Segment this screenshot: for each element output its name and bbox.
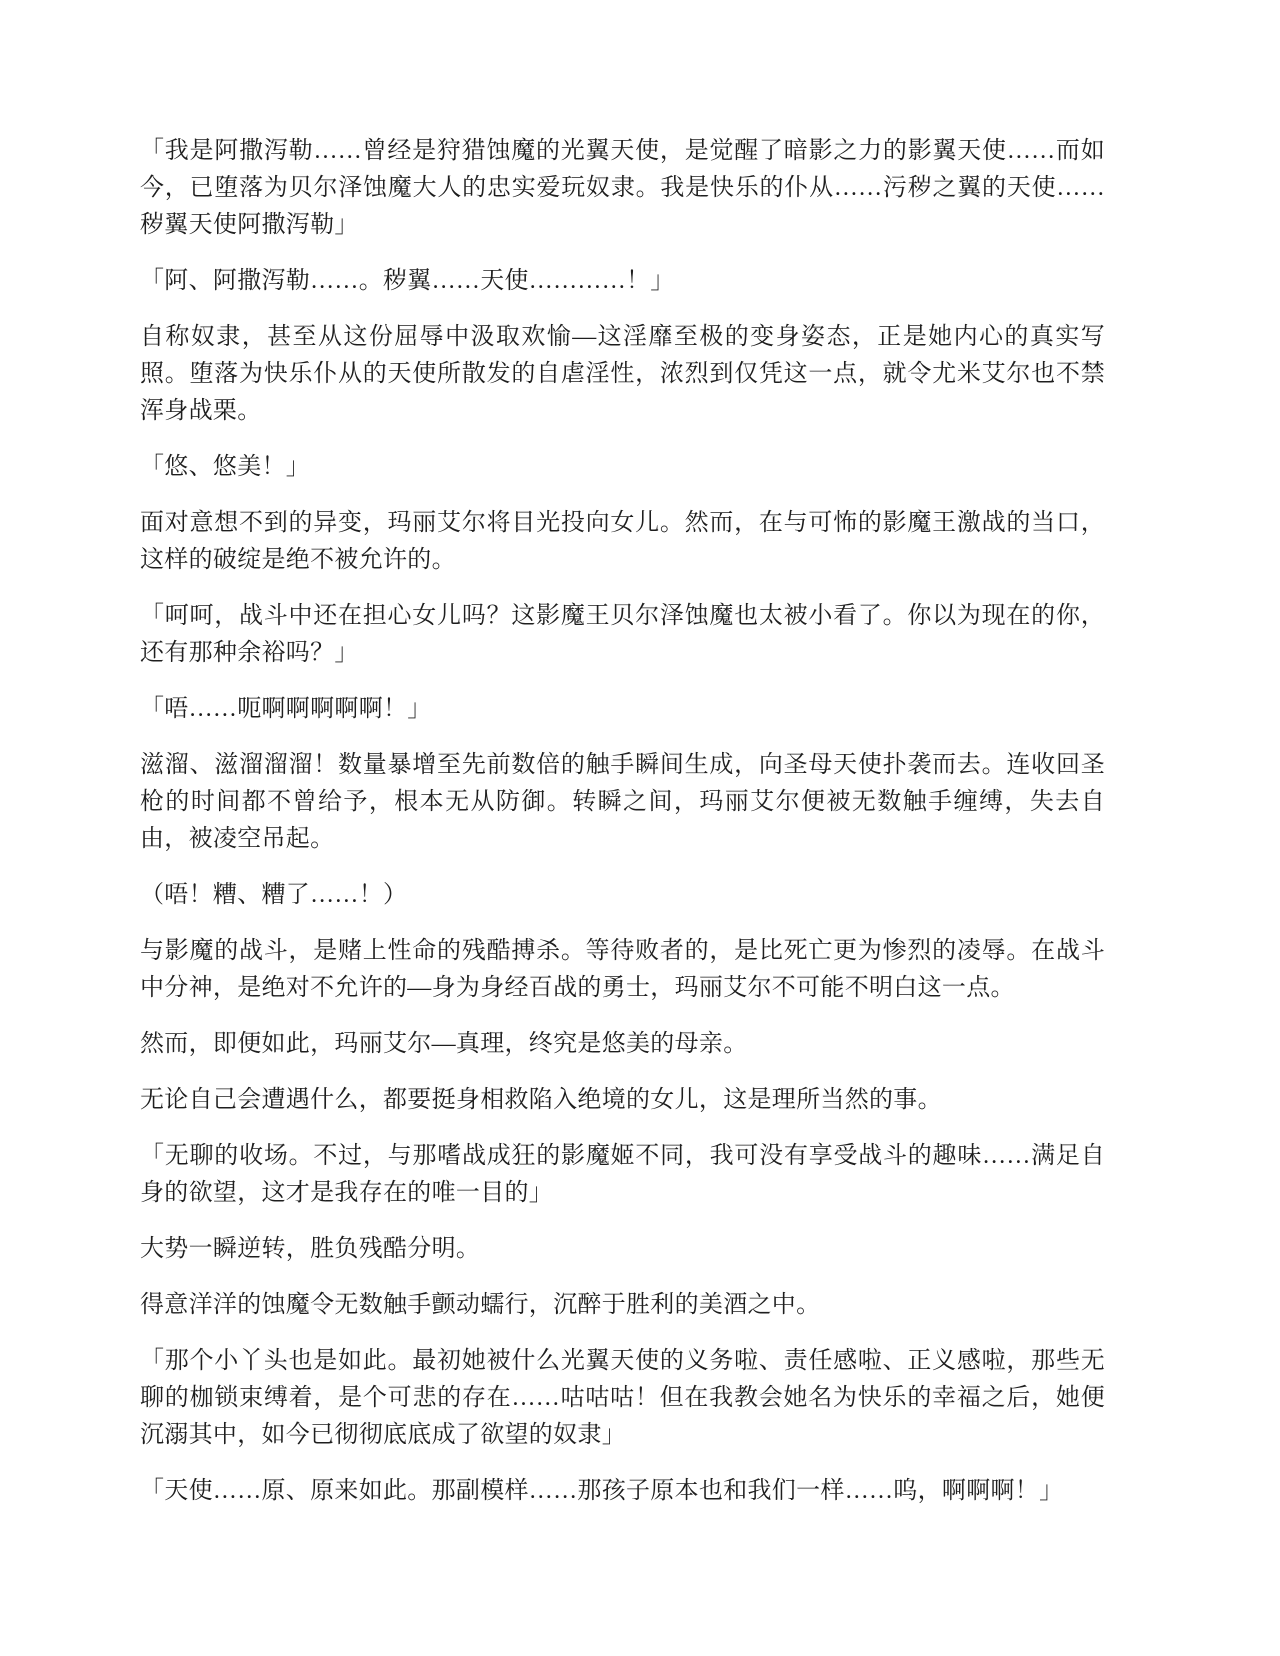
paragraph-dialogue-6: 「无聊的收场。不过，与那嗜战成狂的影魔姬不同，我可没有享受战斗的趣味……满足自身… — [140, 1138, 1105, 1212]
paragraph-narration-5: 然而，即便如此，玛丽艾尔—真理，终究是悠美的母亲。 — [140, 1026, 1105, 1063]
paragraph-narration-7: 大势一瞬逆转，胜负残酷分明。 — [140, 1231, 1105, 1268]
paragraph-dialogue-4: 「呵呵，战斗中还在担心女儿吗？这影魔王贝尔泽蚀魔也太被小看了。你以为现在的你，还… — [140, 598, 1105, 672]
document-page: 「我是阿撒泻勒……曾经是狩猎蚀魔的光翼天使，是觉醒了暗影之力的影翼天使……而如今… — [0, 0, 1280, 1656]
paragraph-dialogue-5: 「唔……呃啊啊啊啊啊！」 — [140, 691, 1105, 728]
paragraph-dialogue-7: 「那个小丫头也是如此。最初她被什么光翼天使的义务啦、责任感啦、正义感啦，那些无聊… — [140, 1343, 1105, 1454]
paragraph-narration-6: 无论自己会遭遇什么，都要挺身相救陷入绝境的女儿，这是理所当然的事。 — [140, 1082, 1105, 1119]
paragraph-narration-1: 自称奴隶，甚至从这份屈辱中汲取欢愉—这淫靡至极的变身姿态，正是她内心的真实写照。… — [140, 319, 1105, 430]
paragraph-thought-1: （唔！糟、糟了……！） — [140, 877, 1105, 914]
paragraph-narration-2: 面对意想不到的异变，玛丽艾尔将目光投向女儿。然而，在与可怖的影魔王激战的当口，这… — [140, 505, 1105, 579]
paragraph-narration-3: 滋溜、滋溜溜溜！数量暴增至先前数倍的触手瞬间生成，向圣母天使扑袭而去。连收回圣枪… — [140, 747, 1105, 858]
paragraph-dialogue-2: 「阿、阿撒泻勒……。秽翼……天使…………！」 — [140, 263, 1105, 300]
paragraph-dialogue-8: 「天使……原、原来如此。那副模样……那孩子原本也和我们一样……呜，啊啊啊！」 — [140, 1473, 1105, 1510]
text-block: 「我是阿撒泻勒……曾经是狩猎蚀魔的光翼天使，是觉醒了暗影之力的影翼天使……而如今… — [140, 133, 1105, 1529]
paragraph-narration-4: 与影魔的战斗，是赌上性命的残酷搏杀。等待败者的，是比死亡更为惨烈的凌辱。在战斗中… — [140, 933, 1105, 1007]
paragraph-dialogue-3: 「悠、悠美！」 — [140, 449, 1105, 486]
paragraph-dialogue-1: 「我是阿撒泻勒……曾经是狩猎蚀魔的光翼天使，是觉醒了暗影之力的影翼天使……而如今… — [140, 133, 1105, 244]
paragraph-narration-8: 得意洋洋的蚀魔令无数触手颤动蠕行，沉醉于胜利的美酒之中。 — [140, 1287, 1105, 1324]
